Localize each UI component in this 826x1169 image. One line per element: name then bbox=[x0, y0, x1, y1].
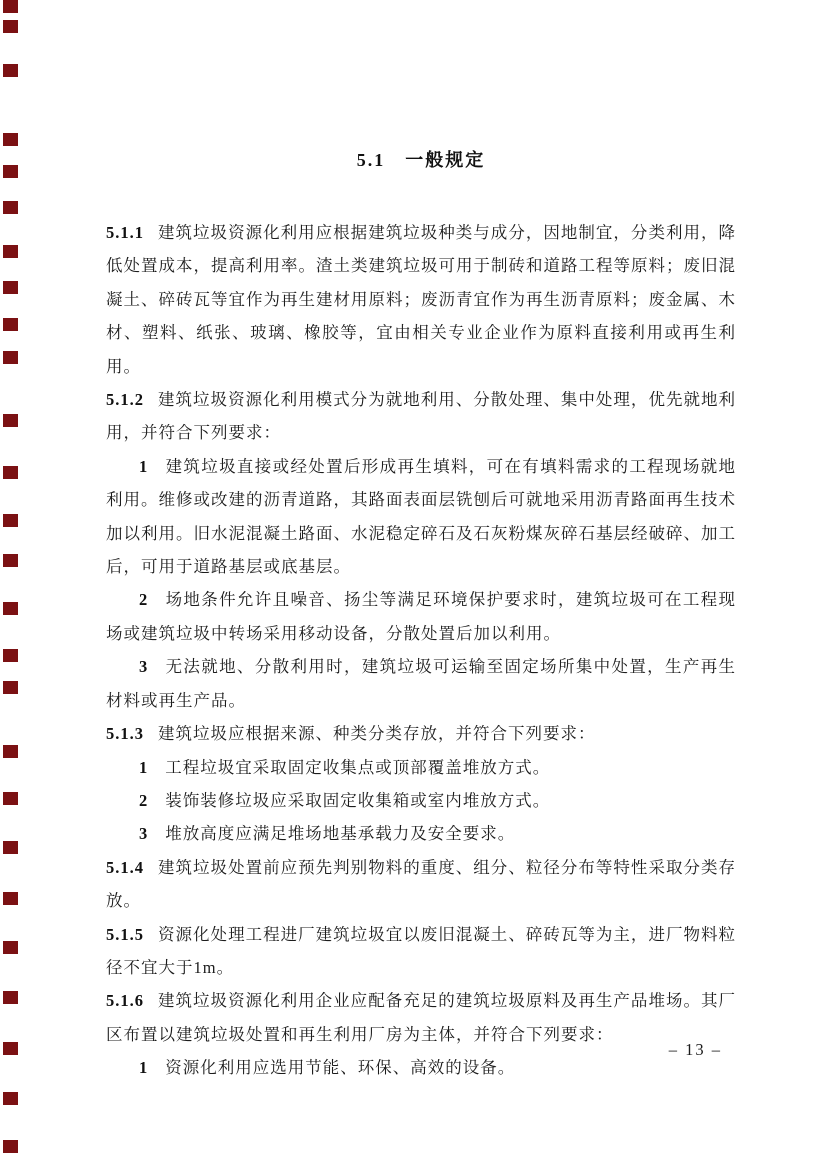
edge-mark bbox=[3, 745, 18, 758]
clause-5.1.3-item-2: 2装饰装修垃圾应采取固定收集箱或室内堆放方式。 bbox=[106, 784, 736, 817]
item-number: 3 bbox=[139, 824, 148, 843]
clause-text: 建筑垃圾应根据来源、种类分类存放，并符合下列要求： bbox=[158, 724, 596, 743]
item-text: 无法就地、分散利用时，建筑垃圾可运输至固定场所集中处置，生产再生材料或再生产品。 bbox=[106, 657, 736, 709]
edge-mark bbox=[3, 20, 18, 33]
clause-5.1.2-item-1: 1建筑垃圾直接或经处置后形成再生填料，可在有填料需求的工程现场就地利用。维修或改… bbox=[106, 450, 736, 584]
item-number: 2 bbox=[139, 590, 148, 609]
clause-number: 5.1.3 bbox=[106, 724, 144, 743]
clause-text: 建筑垃圾资源化利用应根据建筑垃圾种类与成分，因地制宜，分类利用，降低处置成本，提… bbox=[106, 223, 736, 376]
clause-5.1.2: 5.1.2建筑垃圾资源化利用模式分为就地利用、分散处理、集中处理，优先就地利用，… bbox=[106, 383, 736, 450]
item-number: 1 bbox=[139, 457, 148, 476]
edge-mark bbox=[3, 414, 18, 427]
section-heading: 5.1 一般规定 bbox=[106, 146, 736, 172]
clause-5.1.4: 5.1.4建筑垃圾处置前应预先判别物料的重度、组分、粒径分布等特性采取分类存放。 bbox=[106, 851, 736, 918]
clause-number: 5.1.4 bbox=[106, 858, 144, 877]
item-number: 2 bbox=[139, 791, 148, 810]
clause-number: 5.1.2 bbox=[106, 390, 144, 409]
item-text: 工程垃圾宜采取固定收集点或顶部覆盖堆放方式。 bbox=[165, 758, 550, 777]
edge-mark bbox=[3, 602, 18, 615]
edge-mark bbox=[3, 649, 18, 662]
page-number: – 13 – bbox=[669, 1040, 722, 1060]
edge-mark bbox=[3, 201, 18, 214]
edge-mark bbox=[3, 466, 18, 479]
item-text: 堆放高度应满足堆场地基承载力及安全要求。 bbox=[165, 824, 515, 843]
clause-5.1.2-item-2: 2场地条件允许且噪音、扬尘等满足环境保护要求时，建筑垃圾可在工程现场或建筑垃圾中… bbox=[106, 583, 736, 650]
edge-mark bbox=[3, 133, 18, 146]
item-text: 装饰装修垃圾应采取固定收集箱或室内堆放方式。 bbox=[165, 791, 550, 810]
item-text: 建筑垃圾直接或经处置后形成再生填料，可在有填料需求的工程现场就地利用。维修或改建… bbox=[106, 457, 736, 576]
edge-mark bbox=[3, 792, 18, 805]
item-text: 场地条件允许且噪音、扬尘等满足环境保护要求时，建筑垃圾可在工程现场或建筑垃圾中转… bbox=[106, 590, 736, 642]
edge-mark bbox=[3, 841, 18, 854]
edge-mark bbox=[3, 554, 18, 567]
edge-mark bbox=[3, 991, 18, 1004]
edge-mark bbox=[3, 351, 18, 364]
clause-5.1.6: 5.1.6建筑垃圾资源化利用企业应配备充足的建筑垃圾原料及再生产品堆场。其厂区布… bbox=[106, 984, 736, 1051]
edge-mark bbox=[3, 0, 18, 13]
edge-mark bbox=[3, 1042, 18, 1055]
clause-text: 资源化处理工程进厂建筑垃圾宜以废旧混凝土、碎砖瓦等为主，进厂物料粒径不宜大于1m… bbox=[106, 925, 736, 977]
edge-mark bbox=[3, 681, 18, 694]
document-body: 5.1 一般规定 5.1.1建筑垃圾资源化利用应根据建筑垃圾种类与成分，因地制宜… bbox=[106, 146, 736, 1085]
item-number: 3 bbox=[139, 657, 148, 676]
item-text: 资源化利用应选用节能、环保、高效的设备。 bbox=[165, 1058, 515, 1077]
clause-list: 5.1.1建筑垃圾资源化利用应根据建筑垃圾种类与成分，因地制宜，分类利用，降低处… bbox=[106, 216, 736, 1085]
edge-mark bbox=[3, 892, 18, 905]
clause-number: 5.1.6 bbox=[106, 991, 144, 1010]
edge-mark bbox=[3, 1140, 18, 1153]
edge-mark bbox=[3, 165, 18, 178]
edge-mark bbox=[3, 245, 18, 258]
clause-number: 5.1.5 bbox=[106, 925, 144, 944]
clause-5.1.5: 5.1.5资源化处理工程进厂建筑垃圾宜以废旧混凝土、碎砖瓦等为主，进厂物料粒径不… bbox=[106, 918, 736, 985]
edge-mark bbox=[3, 514, 18, 527]
edge-mark bbox=[3, 941, 18, 954]
edge-mark bbox=[3, 281, 18, 294]
clause-text: 建筑垃圾处置前应预先判别物料的重度、组分、粒径分布等特性采取分类存放。 bbox=[106, 858, 736, 910]
document-page: 5.1 一般规定 5.1.1建筑垃圾资源化利用应根据建筑垃圾种类与成分，因地制宜… bbox=[0, 0, 826, 1169]
clause-5.1.3-item-3: 3堆放高度应满足堆场地基承载力及安全要求。 bbox=[106, 817, 736, 850]
edge-mark bbox=[3, 318, 18, 331]
clause-5.1.1: 5.1.1建筑垃圾资源化利用应根据建筑垃圾种类与成分，因地制宜，分类利用，降低处… bbox=[106, 216, 736, 383]
clause-5.1.3-item-1: 1工程垃圾宜采取固定收集点或顶部覆盖堆放方式。 bbox=[106, 751, 736, 784]
item-number: 1 bbox=[139, 1058, 148, 1077]
edge-mark bbox=[3, 64, 18, 77]
clause-5.1.6-item-1: 1资源化利用应选用节能、环保、高效的设备。 bbox=[106, 1051, 736, 1084]
item-number: 1 bbox=[139, 758, 148, 777]
clause-text: 建筑垃圾资源化利用企业应配备充足的建筑垃圾原料及再生产品堆场。其厂区布置以建筑垃… bbox=[106, 991, 736, 1043]
clause-5.1.3: 5.1.3建筑垃圾应根据来源、种类分类存放，并符合下列要求： bbox=[106, 717, 736, 750]
clause-5.1.2-item-3: 3无法就地、分散利用时，建筑垃圾可运输至固定场所集中处置，生产再生材料或再生产品… bbox=[106, 650, 736, 717]
edge-mark bbox=[3, 1092, 18, 1105]
clause-number: 5.1.1 bbox=[106, 223, 144, 242]
clause-text: 建筑垃圾资源化利用模式分为就地利用、分散处理、集中处理，优先就地利用，并符合下列… bbox=[106, 390, 736, 442]
